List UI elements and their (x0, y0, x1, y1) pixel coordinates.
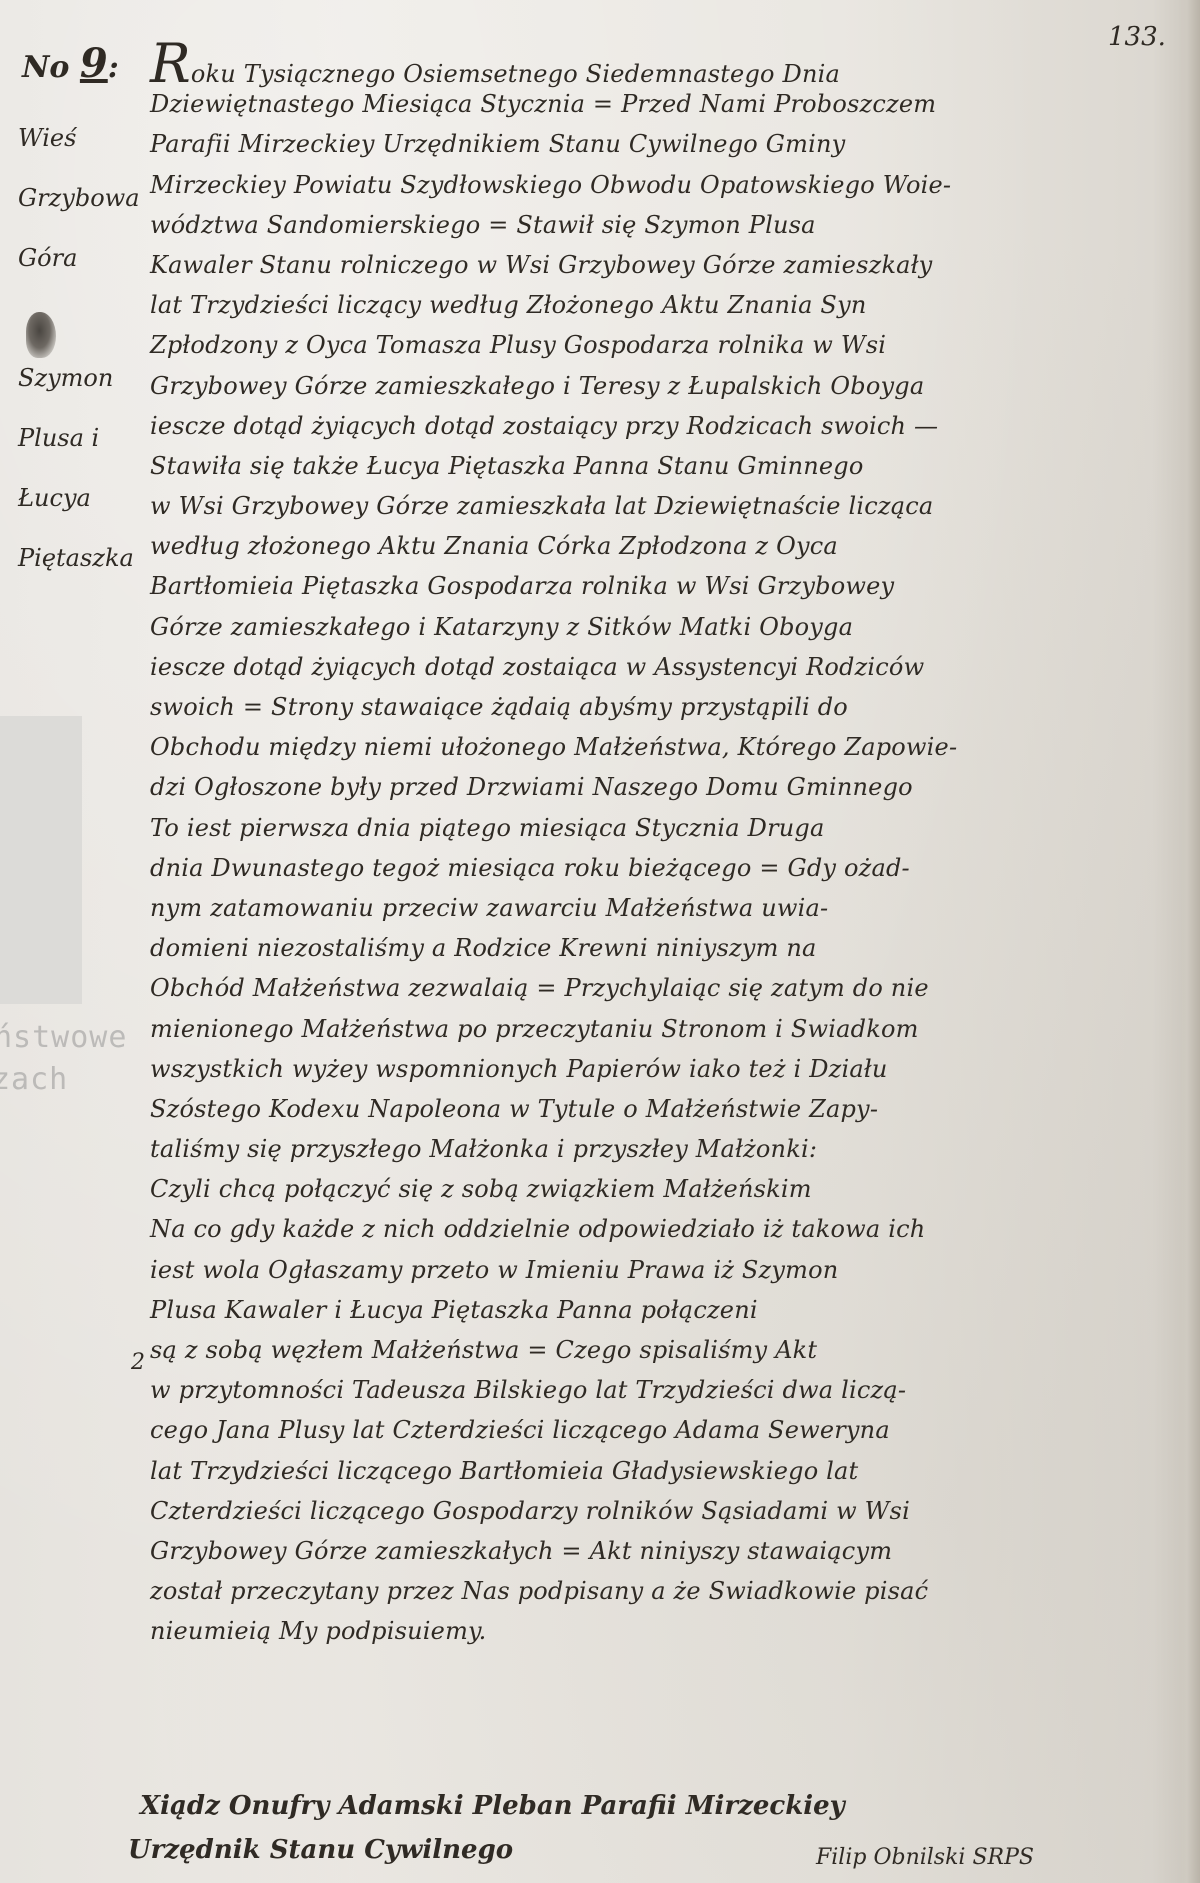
text-line: w przytomności Tadeusza Bilskiego lat Tr… (150, 1370, 1160, 1410)
text-line: Grzybowey Górze zamieszkałych = Akt nini… (150, 1531, 1160, 1571)
margin-note: Grzybowa (18, 168, 158, 228)
text-line: nieumieią My podpisuiemy. (150, 1611, 1160, 1651)
text-line: lat Trzydzieści liczącego Bartłomieia Gł… (150, 1451, 1160, 1491)
text-line: mienionego Małżeństwa po przeczytaniu St… (150, 1009, 1160, 1049)
text-line: Obchód Małżeństwa zezwalaią = Przychylai… (150, 968, 1160, 1008)
text-line: dzi Ogłoszone były przed Drzwiami Naszeg… (150, 767, 1160, 807)
text-line: nym zatamowaniu przeciw zawarciu Małżeńs… (150, 888, 1160, 928)
text-line: lat Trzydzieści liczący według Złożonego… (150, 285, 1160, 325)
margin-note: Wieś (18, 108, 158, 168)
act-number-value: 9 (80, 40, 108, 87)
text-line: Czterdzieści liczącego Gospodarzy rolnik… (150, 1491, 1160, 1531)
act-number-label: No (22, 50, 69, 85)
text-line: Na co gdy każde z nich oddzielnie odpowi… (150, 1209, 1160, 1249)
text-line: Plusa Kawaler i Łucya Piętaszka Panna po… (150, 1290, 1160, 1330)
margin-note: Szymon (18, 348, 158, 408)
scan-patch (0, 716, 82, 1004)
annotation-marker: 2 (131, 1350, 145, 1375)
text-line: Dziewiętnastego Miesiąca Stycznia = Prze… (150, 84, 1160, 124)
text-line: Mirzeckiey Powiatu Szydłowskiego Obwodu … (150, 165, 1160, 205)
text-line: Szóstego Kodexu Napoleona w Tytule o Mał… (150, 1089, 1160, 1129)
text-line: Roku Tysiącznego Osiemsetnego Siedemnast… (150, 44, 1160, 84)
text-line: cego Jana Plusy lat Czterdzieści liczące… (150, 1410, 1160, 1450)
text-line: swoich = Strony stawaiące żądaią abyśmy … (150, 687, 1160, 727)
margin-note: Góra (18, 228, 158, 288)
signature-title: Urzędnik Stanu Cywilnego (128, 1828, 513, 1872)
text-line: Stawiła się także Łucya Piętaszka Panna … (150, 446, 1160, 486)
text-line: w Wsi Grzybowey Górze zamieszkała lat Dz… (150, 486, 1160, 526)
signature-priest: Xiądz Onufry Adamski Pleban Parafii Mirz… (140, 1784, 1180, 1828)
text-line: wództwa Sandomierskiego = Stawił się Szy… (150, 205, 1160, 245)
signature-block: Xiądz Onufry Adamski Pleban Parafii Mirz… (140, 1784, 1180, 1828)
text-line: taliśmy się przyszłego Małżonka i przysz… (150, 1129, 1160, 1169)
margin-note: Plusa i (18, 408, 158, 468)
text-line: Czyli chcą połączyć się z sobą związkiem… (150, 1169, 1160, 1209)
text-line: Parafii Mirzeckiey Urzędnikiem Stanu Cyw… (150, 124, 1160, 164)
text-line: dnia Dwunastego tegoż miesiąca roku bież… (150, 848, 1160, 888)
text-line: według złożonego Aktu Znania Córka Zpłod… (150, 526, 1160, 566)
text-line: Kawaler Stanu rolniczego w Wsi Grzybowey… (150, 245, 1160, 285)
text-line: To iest pierwsza dnia piątego miesiąca S… (150, 808, 1160, 848)
archive-watermark-line1: ństwowe (0, 1020, 127, 1055)
margin-notes: Wieś Grzybowa Góra Szymon Plusa i Łucya … (18, 108, 158, 588)
text-line: Grzybowey Górze zamieszkałego i Teresy z… (150, 366, 1160, 406)
text-line: iescze dotąd żyiących dotąd zostaiący pr… (150, 406, 1160, 446)
margin-note (18, 288, 158, 348)
page-edge-shadow (1178, 0, 1200, 1883)
text-line: iest wola Ogłaszamy przeto w Imieniu Pra… (150, 1250, 1160, 1290)
text-line: są z sobą węzłem Małżeństwa = Czego spis… (150, 1330, 1160, 1370)
text-line: wszystkich wyżey wspomnionych Papierów i… (150, 1049, 1160, 1089)
record-body: Roku Tysiącznego Osiemsetnego Siedemnast… (150, 44, 1160, 1652)
text-line: został przeczytany przez Nas podpisany a… (150, 1571, 1160, 1611)
text-line: Zpłodzony z Oyca Tomasza Plusy Gospodarz… (150, 325, 1160, 365)
text-line: domieni niezostaliśmy a Rodzice Krewni n… (150, 928, 1160, 968)
margin-note: Piętaszka (18, 528, 158, 588)
act-number: No 9: (22, 40, 119, 87)
text-line: Bartłomieia Piętaszka Gospodarza rolnika… (150, 566, 1160, 606)
archive-watermark-line2: zach (0, 1062, 68, 1097)
text-line: iescze dotąd żyiących dotąd zostaiąca w … (150, 647, 1160, 687)
margin-note: Łucya (18, 468, 158, 528)
text-line: Obchodu między niemi ułożonego Małżeństw… (150, 727, 1160, 767)
text-line: Górze zamieszkałego i Katarzyny z Sitków… (150, 607, 1160, 647)
document-page: ństwowe zach No 9: 133. Wieś Grzybowa Gó… (0, 0, 1200, 1883)
signature-clerk: Filip Obnilski SRPS (816, 1836, 1034, 1880)
